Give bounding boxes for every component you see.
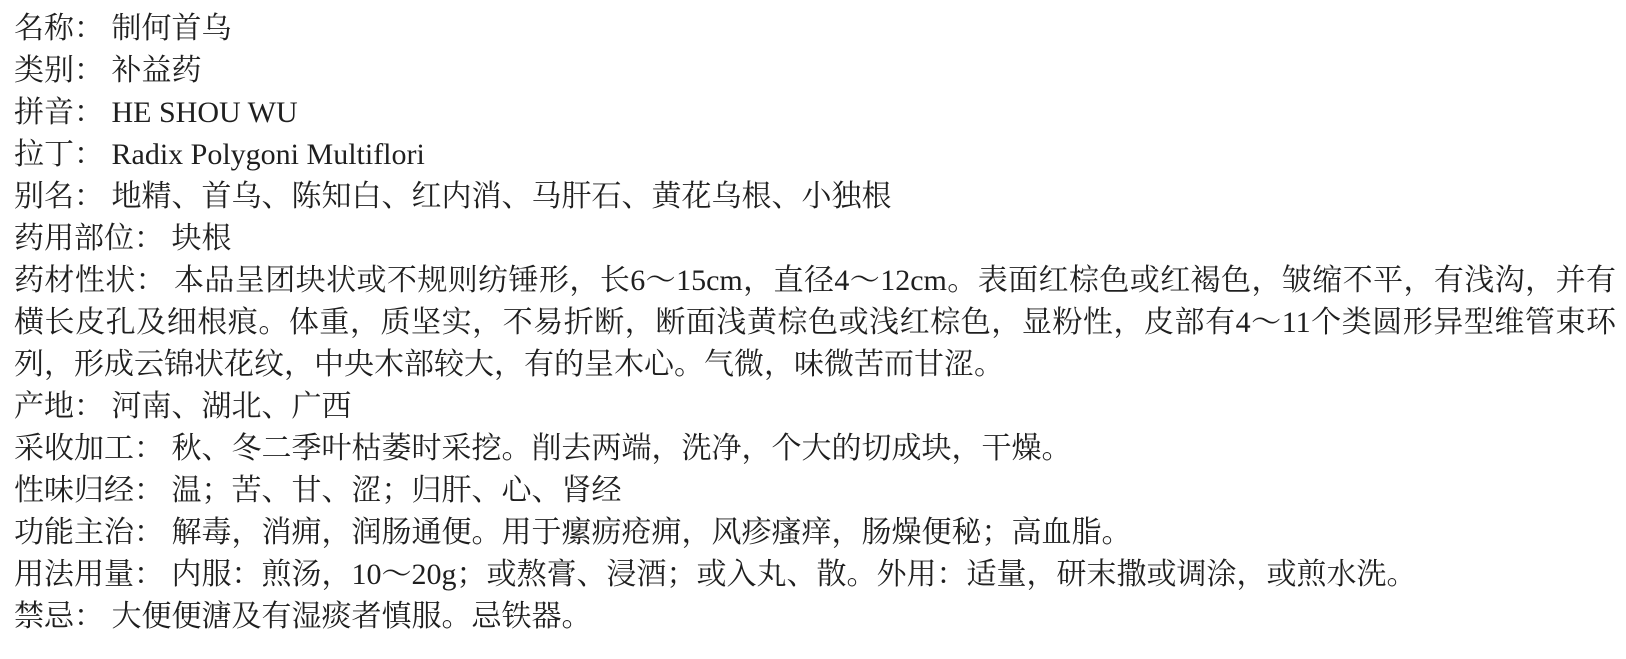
field-separator: ： xyxy=(134,474,164,507)
field-row-类别: 类别： 补益药 xyxy=(14,50,1616,92)
field-separator: ： xyxy=(74,96,104,129)
field-row-药材性状: 药材性状： 本品呈团块状或不规则纺锤形，长6～15cm，直径4～12cm。表面红… xyxy=(14,260,1616,386)
field-row-拼音: 拼音： HE SHOU WU xyxy=(14,92,1616,134)
field-value: 解毒，消痈，润肠通便。用于瘰疬疮痈，风疹瘙痒，肠燥便秘；高血脂。 xyxy=(172,516,1132,549)
field-value: 河南、湖北、广西 xyxy=(112,390,352,423)
field-value: 大便便溏及有湿痰者慎服。忌铁器。 xyxy=(112,600,592,633)
field-label: 禁忌 xyxy=(14,600,74,633)
field-separator: ： xyxy=(74,138,104,171)
field-label: 性味归经 xyxy=(14,474,134,507)
field-separator: ： xyxy=(134,222,164,255)
herb-monograph-document: 名称： 制何首乌类别： 补益药拼音： HE SHOU WU拉丁： Radix P… xyxy=(0,0,1626,646)
field-separator: ： xyxy=(136,264,166,297)
field-row-禁忌: 禁忌： 大便便溏及有湿痰者慎服。忌铁器。 xyxy=(14,596,1616,638)
field-separator: ： xyxy=(74,54,104,87)
field-separator: ： xyxy=(74,12,104,45)
field-row-用法用量: 用法用量： 内服：煎汤，10～20g；或熬膏、浸酒；或入丸、散。外用：适量，研末… xyxy=(14,554,1616,596)
field-value: 内服：煎汤，10～20g；或熬膏、浸酒；或入丸、散。外用：适量，研末撒或调涂，或… xyxy=(172,558,1417,591)
field-separator: ： xyxy=(74,390,104,423)
field-value: 块根 xyxy=(172,222,232,255)
field-separator: ： xyxy=(74,180,104,213)
field-label: 药材性状 xyxy=(14,264,136,297)
field-separator: ： xyxy=(134,516,164,549)
field-separator: ： xyxy=(134,432,164,465)
field-label: 别名 xyxy=(14,180,74,213)
field-label: 类别 xyxy=(14,54,74,87)
field-row-药用部位: 药用部位： 块根 xyxy=(14,218,1616,260)
field-row-拉丁: 拉丁： Radix Polygoni Multiflori xyxy=(14,134,1616,176)
field-value: HE SHOU WU xyxy=(112,96,298,129)
field-value: 秋、冬二季叶枯萎时采挖。削去两端，洗净，个大的切成块，干燥。 xyxy=(172,432,1072,465)
field-separator: ： xyxy=(74,600,104,633)
field-value: 制何首乌 xyxy=(112,12,232,45)
field-label: 拼音 xyxy=(14,96,74,129)
field-value: 温；苦、甘、涩；归肝、心、肾经 xyxy=(172,474,622,507)
field-label: 药用部位 xyxy=(14,222,134,255)
field-label: 名称 xyxy=(14,12,74,45)
field-row-产地: 产地： 河南、湖北、广西 xyxy=(14,386,1616,428)
field-value: Radix Polygoni Multiflori xyxy=(112,138,425,171)
field-value: 本品呈团块状或不规则纺锤形，长6～15cm，直径4～12cm。表面红棕色或红褐色… xyxy=(14,264,1616,381)
field-row-功能主治: 功能主治： 解毒，消痈，润肠通便。用于瘰疬疮痈，风疹瘙痒，肠燥便秘；高血脂。 xyxy=(14,512,1616,554)
field-value: 补益药 xyxy=(112,54,202,87)
field-label: 拉丁 xyxy=(14,138,74,171)
field-separator: ： xyxy=(134,558,164,591)
field-row-名称: 名称： 制何首乌 xyxy=(14,8,1616,50)
field-label: 产地 xyxy=(14,390,74,423)
field-row-别名: 别名： 地精、首乌、陈知白、红内消、马肝石、黄花乌根、小独根 xyxy=(14,176,1616,218)
field-row-性味归经: 性味归经： 温；苦、甘、涩；归肝、心、肾经 xyxy=(14,470,1616,512)
field-row-采收加工: 采收加工： 秋、冬二季叶枯萎时采挖。削去两端，洗净，个大的切成块，干燥。 xyxy=(14,428,1616,470)
field-list: 名称： 制何首乌类别： 补益药拼音： HE SHOU WU拉丁： Radix P… xyxy=(14,8,1616,638)
field-label: 用法用量 xyxy=(14,558,134,591)
field-value: 地精、首乌、陈知白、红内消、马肝石、黄花乌根、小独根 xyxy=(112,180,892,213)
field-label: 功能主治 xyxy=(14,516,134,549)
field-label: 采收加工 xyxy=(14,432,134,465)
